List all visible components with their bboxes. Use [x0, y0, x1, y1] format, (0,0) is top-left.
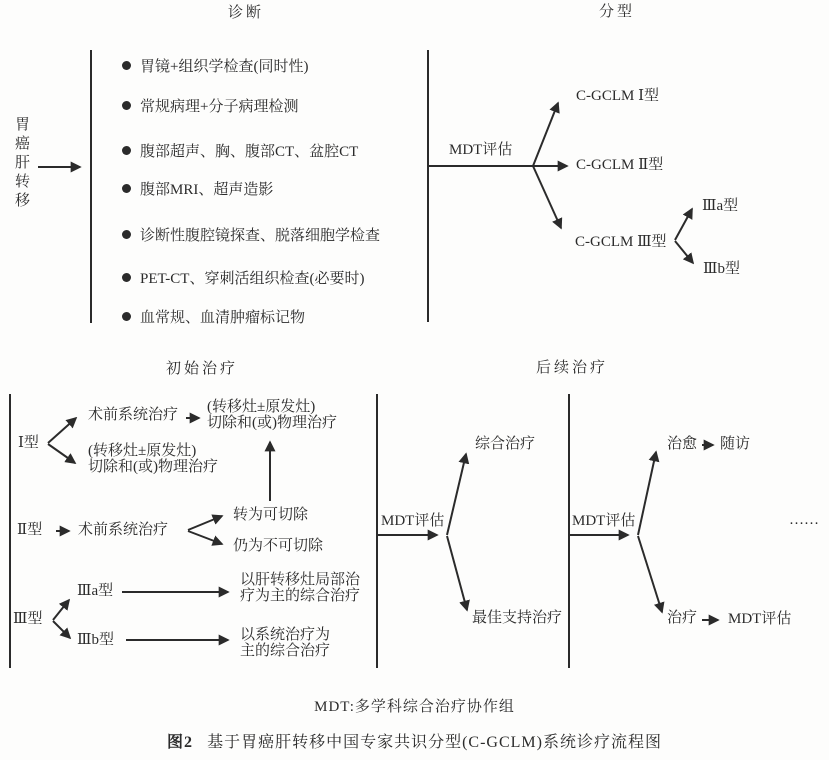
diagnosis-item: 常规病理+分子病理检测 — [122, 95, 298, 115]
init-resection-lower: (转移灶±原发灶)切除和(或)物理治疗 — [88, 443, 218, 475]
text-line: 主的综合治疗 — [240, 643, 330, 659]
arrow-type3-to-3a — [675, 209, 692, 240]
flowchart-figure: 诊断 分型 初始治疗 后续治疗 胃癌肝转移 胃镜+组织学检查(同时性) 常规病理… — [0, 0, 829, 760]
figure-caption: 图2基于胃癌肝转移中国专家共识分型(C-GCLM)系统诊疗流程图 — [0, 729, 829, 752]
arrow-presystemic2-up — [188, 516, 222, 530]
arrow-right-down — [638, 536, 662, 612]
mdt-abbreviation-note: MDT:多学科综合治疗协作组 — [0, 695, 829, 716]
node-mdt-next: MDT评估 — [728, 610, 791, 629]
ellipsis-continues: …… — [789, 511, 819, 530]
arrow-type1-up — [48, 418, 76, 443]
arrow-right-up — [638, 452, 656, 535]
node-cgclm-type1: C-GCLM Ⅰ型 — [576, 87, 659, 106]
bullet-icon — [122, 61, 131, 70]
diagnosis-item-label: 腹部超声、胸、腹部CT、盆腔CT — [140, 140, 358, 161]
diagnosis-item-label: 胃镜+组织学检查(同时性) — [140, 55, 308, 76]
mdt-eval-right: MDT评估 — [572, 512, 635, 531]
diagnosis-item: 腹部MRI、超声造影 — [122, 178, 273, 198]
node-convertible: 转为可切除 — [233, 506, 308, 525]
node-cgclm-type2: C-GCLM Ⅱ型 — [576, 156, 663, 175]
bullet-icon — [122, 184, 131, 193]
bullet-icon — [122, 146, 131, 155]
init-type3a-label: Ⅲa型 — [77, 582, 113, 601]
node-cure: 治愈 — [667, 435, 697, 454]
text-line: 以系统治疗为 — [240, 627, 330, 643]
node-best-support: 最佳支持治疗 — [472, 609, 562, 628]
header-initial-treatment: 初始治疗 — [166, 360, 238, 379]
text-line: 以肝转移灶局部治 — [240, 572, 360, 588]
arrow-presystemic2-down — [188, 531, 222, 544]
header-followup-treatment: 后续治疗 — [536, 359, 608, 378]
figure-caption-label: 图2 — [167, 734, 193, 751]
bullet-icon — [122, 273, 131, 282]
diagnosis-item-label: 诊断性腹腔镜探查、脱落细胞学检查 — [140, 224, 380, 245]
bullet-icon — [122, 230, 131, 239]
node-unresectable: 仍为不可切除 — [233, 537, 323, 556]
arrow-to-type1 — [533, 103, 558, 166]
node-treat: 治疗 — [667, 609, 697, 628]
diagnosis-item: 血常规、血清肿瘤标记物 — [122, 306, 305, 326]
node-local-therapy: 以肝转移灶局部治疗为主的综合治疗 — [240, 572, 360, 604]
diagnosis-item-label: 腹部MRI、超声造影 — [140, 178, 273, 199]
node-type3a: Ⅲa型 — [702, 197, 738, 216]
init-type3b-label: Ⅲb型 — [77, 631, 114, 650]
figure-caption-title: 基于胃癌肝转移中国专家共识分型(C-GCLM)系统诊疗流程图 — [207, 734, 662, 751]
init-type3-label: Ⅲ型 — [13, 610, 42, 629]
mdt-eval-classification: MDT评估 — [449, 141, 512, 160]
arrow-type3-down — [53, 621, 70, 638]
bullet-icon — [122, 312, 131, 321]
diagnosis-item-label: 血常规、血清肿瘤标记物 — [140, 306, 305, 327]
init-type1-label: Ⅰ型 — [18, 434, 39, 453]
init-presystemic1: 术前系统治疗 — [88, 406, 178, 425]
arrow-mid-down — [447, 536, 467, 610]
diagnosis-item: PET-CT、穿刺活组织检查(必要时) — [122, 267, 364, 287]
arrow-type1-down — [48, 444, 75, 463]
bullet-icon — [122, 101, 131, 110]
init-presystemic2: 术前系统治疗 — [78, 521, 168, 540]
arrow-type3-up — [53, 600, 69, 620]
text-line: 切除和(或)物理治疗 — [88, 459, 218, 475]
source-node: 胃癌肝转移 — [14, 116, 31, 211]
mdt-eval-mid: MDT评估 — [381, 512, 444, 531]
diagnosis-item: 诊断性腹腔镜探查、脱落细胞学检查 — [122, 224, 380, 244]
init-type2-label: Ⅱ型 — [17, 521, 42, 540]
node-comprehensive: 综合治疗 — [475, 435, 535, 454]
header-diagnosis: 诊断 — [228, 4, 264, 23]
diagnosis-item-label: PET-CT、穿刺活组织检查(必要时) — [140, 267, 364, 288]
text-line: (转移灶±原发灶) — [88, 443, 218, 459]
node-visit: 随访 — [720, 435, 750, 454]
arrow-mid-up — [447, 454, 466, 535]
diagnosis-item-label: 常规病理+分子病理检测 — [140, 95, 298, 116]
init-resection-upper: (转移灶±原发灶)切除和(或)物理治疗 — [207, 399, 337, 431]
node-type3b: Ⅲb型 — [703, 260, 740, 279]
text-line: 疗为主的综合治疗 — [240, 588, 360, 604]
arrow-type3-to-3b — [675, 241, 693, 263]
text-line: (转移灶±原发灶) — [207, 399, 337, 415]
node-systemic-therapy: 以系统治疗为主的综合治疗 — [240, 627, 330, 659]
diagnosis-item: 胃镜+组织学检查(同时性) — [122, 55, 308, 75]
diagnosis-item: 腹部超声、胸、腹部CT、盆腔CT — [122, 140, 358, 160]
text-line: 切除和(或)物理治疗 — [207, 415, 337, 431]
arrow-to-type3 — [533, 166, 561, 228]
header-classification: 分型 — [599, 3, 635, 22]
node-cgclm-type3: C-GCLM Ⅲ型 — [575, 233, 667, 252]
